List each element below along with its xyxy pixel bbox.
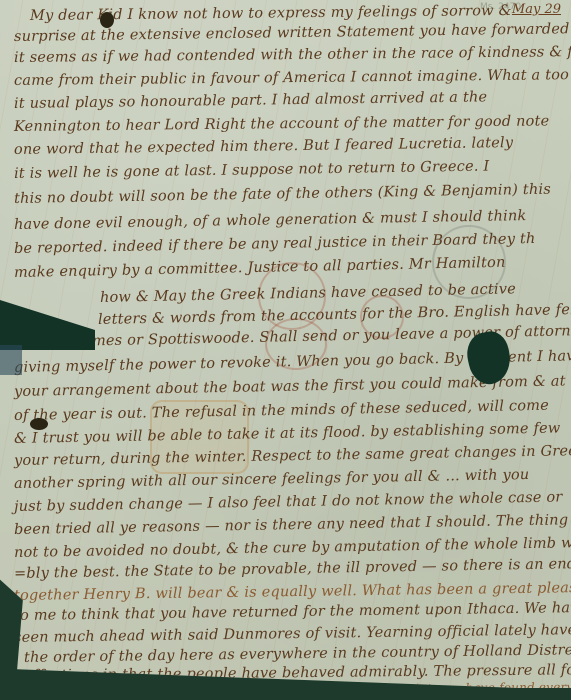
ink-blot bbox=[100, 12, 114, 28]
letter-date: May 29 bbox=[512, 2, 561, 17]
torn-page-edge bbox=[0, 345, 22, 375]
ink-blot bbox=[30, 418, 48, 430]
scan-background bbox=[0, 688, 571, 700]
